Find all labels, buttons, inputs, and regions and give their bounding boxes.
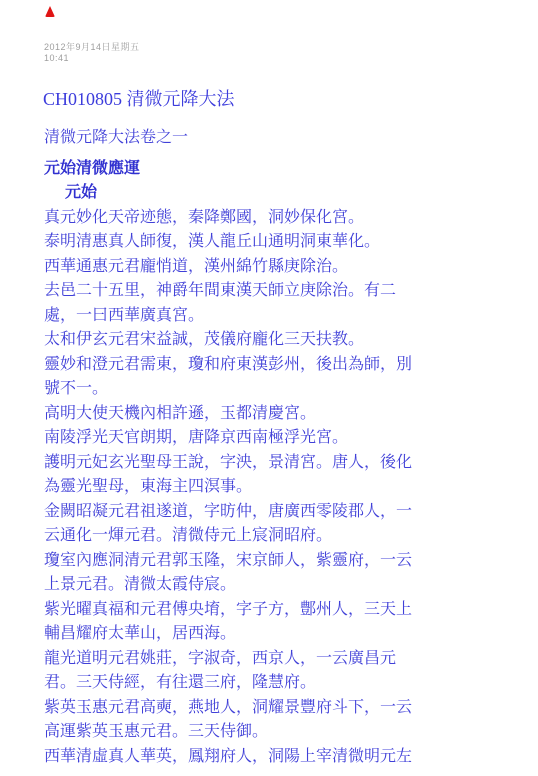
text-line: 護明元妃玄光聖母王說，字泱，景清宮。唐人，後化 [44,451,512,476]
text-line: 太和伊玄元君宋益誠，茂儀府龐化三天扶教。 [44,328,512,353]
text-line: 真元妙化天帝迹態，秦降鄭國，洞妙保化宮。 [44,206,512,231]
page-datetime: 2012年9月14日星期五 10:41 [44,42,140,64]
text-line: 瓊室內應洞清元君郭玉隆，宋京師人，紫靈府，一云 [44,549,512,574]
section-title: 元始清微應運 [44,157,512,182]
red-flag-icon [45,6,55,17]
text-lines: 真元妙化天帝迹態，秦降鄭國，洞妙保化宮。泰明清惠真人師復，漢人龍丘山通明洞東華化… [44,206,512,770]
page-title: CH010805 清微元降大法 [43,88,235,110]
text-line: 云通化一煇元君。清微侍元上宸洞昭府。 [44,524,512,549]
text-line: 君。三天侍經，有往還三府，隆慧府。 [44,671,512,696]
text-line: 靈妙和澄元君需東，瓊和府東漢彭州，後出為師，別 [44,353,512,378]
text-line: 為靈光聖母，東海主四溟事。 [44,475,512,500]
text-line: 金闕昭凝元君祖遂道，字昉仲，唐廣西零陵郡人，一 [44,500,512,525]
text-line: 處，一曰西華廣真宮。 [44,304,512,329]
text-line: 上景元君。清微太霞侍宸。 [44,573,512,598]
text-line: 紫英玉惠元君高奭，燕地人，洞耀景豐府斗下，一云 [44,696,512,721]
volume-title: 清微元降大法卷之一 [44,126,512,151]
text-line: 南陵浮光天官朗期，唐降京西南極浮光宮。 [44,426,512,451]
subsection-title: 元始 [44,181,512,206]
text-line: 高運紫英玉惠元君。三天侍御。 [44,720,512,745]
text-line: 西華清虛真人華英，鳳翔府人，洞陽上宰清微明元左 [44,745,512,770]
page-date: 2012年9月14日星期五 [44,42,140,53]
text-line: 龍光道明元君姚莊，字淑奇，西京人，一云廣昌元 [44,647,512,672]
text-line: 去邑二十五里，神爵年間東漢天師立庚除治。有二 [44,279,512,304]
text-line: 泰明清惠真人師復，漢人龍丘山通明洞東華化。 [44,230,512,255]
text-line: 高明大使天機內相許遜，玉都清慶宮。 [44,402,512,427]
document-body: 清微元降大法卷之一 元始清微應運 元始 真元妙化天帝迹態，秦降鄭國，洞妙保化宮。… [44,126,512,769]
text-line: 號不一。 [44,377,512,402]
text-line: 紫光曜真福和元君傅央堉，字子方，鄷州人，三天上 [44,598,512,623]
page-time: 10:41 [44,53,140,64]
text-line: 西華通惠元君龐悄道，漢州綿竹縣庚除治。 [44,255,512,280]
text-line: 輔昌耀府太華山，居西海。 [44,622,512,647]
